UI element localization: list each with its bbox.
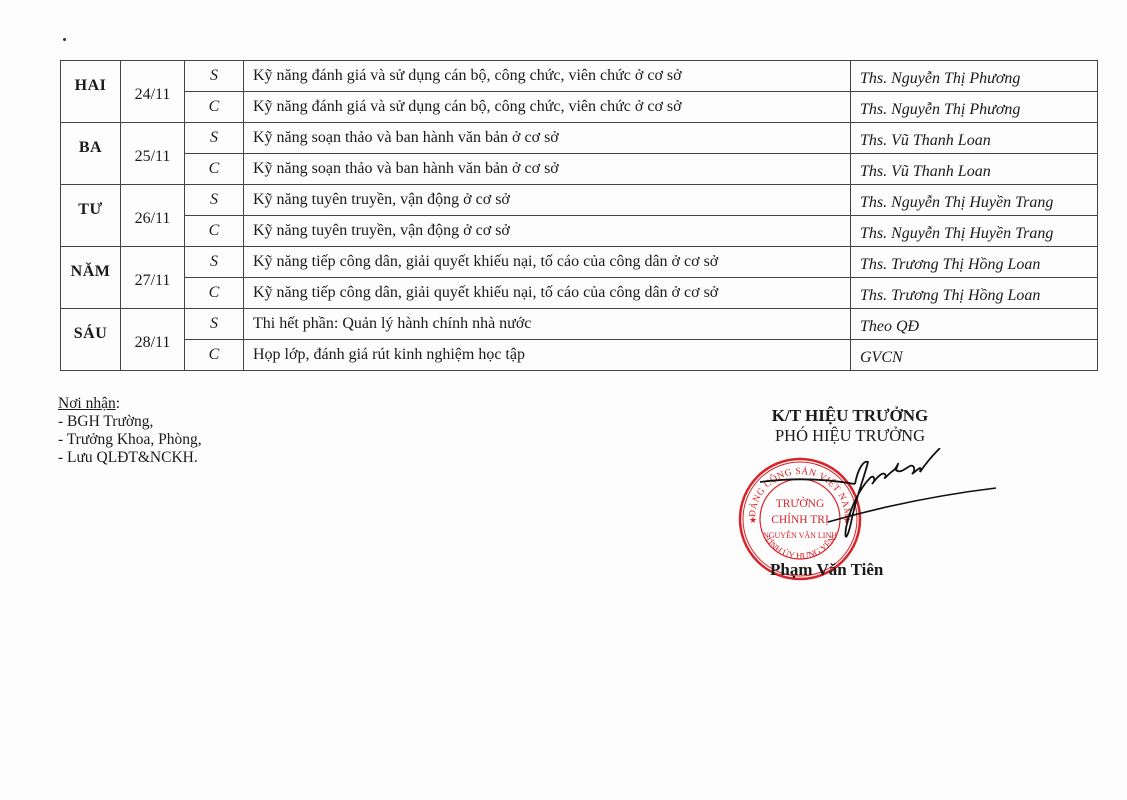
subject-cell: Kỹ năng tiếp công dân, giải quyết khiếu … — [244, 278, 851, 309]
lecturer-cell: GVCN — [851, 340, 1098, 371]
session-cell: S — [185, 185, 244, 216]
subject-cell: Kỹ năng đánh giá và sử dụng cán bộ, công… — [244, 92, 851, 123]
lecturer-cell: Ths. Nguyễn Thị Phương — [851, 92, 1098, 123]
scan-speck — [62, 37, 66, 41]
lecturer-cell: Ths. Nguyễn Thị Huyền Trang — [851, 216, 1098, 247]
weekday-cell: SÁU — [61, 309, 121, 371]
signature-title: K/T HIỆU TRƯỞNG — [740, 406, 960, 426]
table-row: HAI24/11SKỹ năng đánh giá và sử dụng cán… — [61, 61, 1098, 92]
subject-cell: Họp lớp, đánh giá rút kinh nghiệm học tậ… — [244, 340, 851, 371]
recipient-item: - BGH Trường, — [58, 413, 202, 431]
lecturer-cell: Ths. Vũ Thanh Loan — [851, 154, 1098, 185]
table-row: TƯ26/11SKỹ năng tuyên truyền, vận động ở… — [61, 185, 1098, 216]
date-cell: 26/11 — [121, 185, 185, 247]
signature-block: K/T HIỆU TRƯỞNG PHÓ HIỆU TRƯỞNG — [740, 406, 960, 446]
subject-cell: Kỹ năng soạn thảo và ban hành văn bản ở … — [244, 154, 851, 185]
date-cell: 27/11 — [121, 247, 185, 309]
schedule-table: HAI24/11SKỹ năng đánh giá và sử dụng cán… — [60, 60, 1098, 371]
weekday-cell: NĂM — [61, 247, 121, 309]
weekday-cell: BA — [61, 123, 121, 185]
recipients-title: Nơi nhận: — [58, 395, 202, 413]
table-row: CKỹ năng tiếp công dân, giải quyết khiếu… — [61, 278, 1098, 309]
weekday-cell: HAI — [61, 61, 121, 123]
session-cell: S — [185, 247, 244, 278]
date-cell: 24/11 — [121, 61, 185, 123]
table-row: CHọp lớp, đánh giá rút kinh nghiệm học t… — [61, 340, 1098, 371]
subject-cell: Kỹ năng tuyên truyền, vận động ở cơ sở — [244, 185, 851, 216]
table-row: NĂM27/11SKỹ năng tiếp công dân, giải quy… — [61, 247, 1098, 278]
recipients-block: Nơi nhận: - BGH Trường, - Trưởng Khoa, P… — [58, 395, 202, 467]
session-cell: C — [185, 154, 244, 185]
date-cell: 25/11 — [121, 123, 185, 185]
recipient-item: - Trưởng Khoa, Phòng, — [58, 431, 202, 449]
date-cell: 28/11 — [121, 309, 185, 371]
signer-name: Phạm Văn Tiên — [770, 560, 883, 580]
handwritten-signature-icon — [760, 448, 1000, 548]
svg-text:★: ★ — [749, 515, 757, 525]
lecturer-cell: Theo QĐ — [851, 309, 1098, 340]
lecturer-cell: Ths. Nguyễn Thị Huyền Trang — [851, 185, 1098, 216]
table-row: CKỹ năng tuyên truyền, vận động ở cơ sởT… — [61, 216, 1098, 247]
recipient-item: - Lưu QLĐT&NCKH. — [58, 449, 202, 467]
subject-cell: Kỹ năng soạn thảo và ban hành văn bản ở … — [244, 123, 851, 154]
session-cell: C — [185, 340, 244, 371]
table-row: BA25/11SKỹ năng soạn thảo và ban hành vă… — [61, 123, 1098, 154]
session-cell: S — [185, 309, 244, 340]
lecturer-cell: Ths. Trương Thị Hồng Loan — [851, 278, 1098, 309]
session-cell: C — [185, 216, 244, 247]
session-cell: C — [185, 278, 244, 309]
table-row: SÁU28/11SThi hết phần: Quản lý hành chín… — [61, 309, 1098, 340]
session-cell: S — [185, 61, 244, 92]
table-row: CKỹ năng đánh giá và sử dụng cán bộ, côn… — [61, 92, 1098, 123]
subject-cell: Kỹ năng tiếp công dân, giải quyết khiếu … — [244, 247, 851, 278]
signature-subtitle: PHÓ HIỆU TRƯỞNG — [740, 426, 960, 446]
lecturer-cell: Ths. Nguyễn Thị Phương — [851, 61, 1098, 92]
table-row: CKỹ năng soạn thảo và ban hành văn bản ở… — [61, 154, 1098, 185]
subject-cell: Thi hết phần: Quản lý hành chính nhà nướ… — [244, 309, 851, 340]
session-cell: S — [185, 123, 244, 154]
subject-cell: Kỹ năng tuyên truyền, vận động ở cơ sở — [244, 216, 851, 247]
lecturer-cell: Ths. Vũ Thanh Loan — [851, 123, 1098, 154]
lecturer-cell: Ths. Trương Thị Hồng Loan — [851, 247, 1098, 278]
subject-cell: Kỹ năng đánh giá và sử dụng cán bộ, công… — [244, 61, 851, 92]
weekday-cell: TƯ — [61, 185, 121, 247]
session-cell: C — [185, 92, 244, 123]
